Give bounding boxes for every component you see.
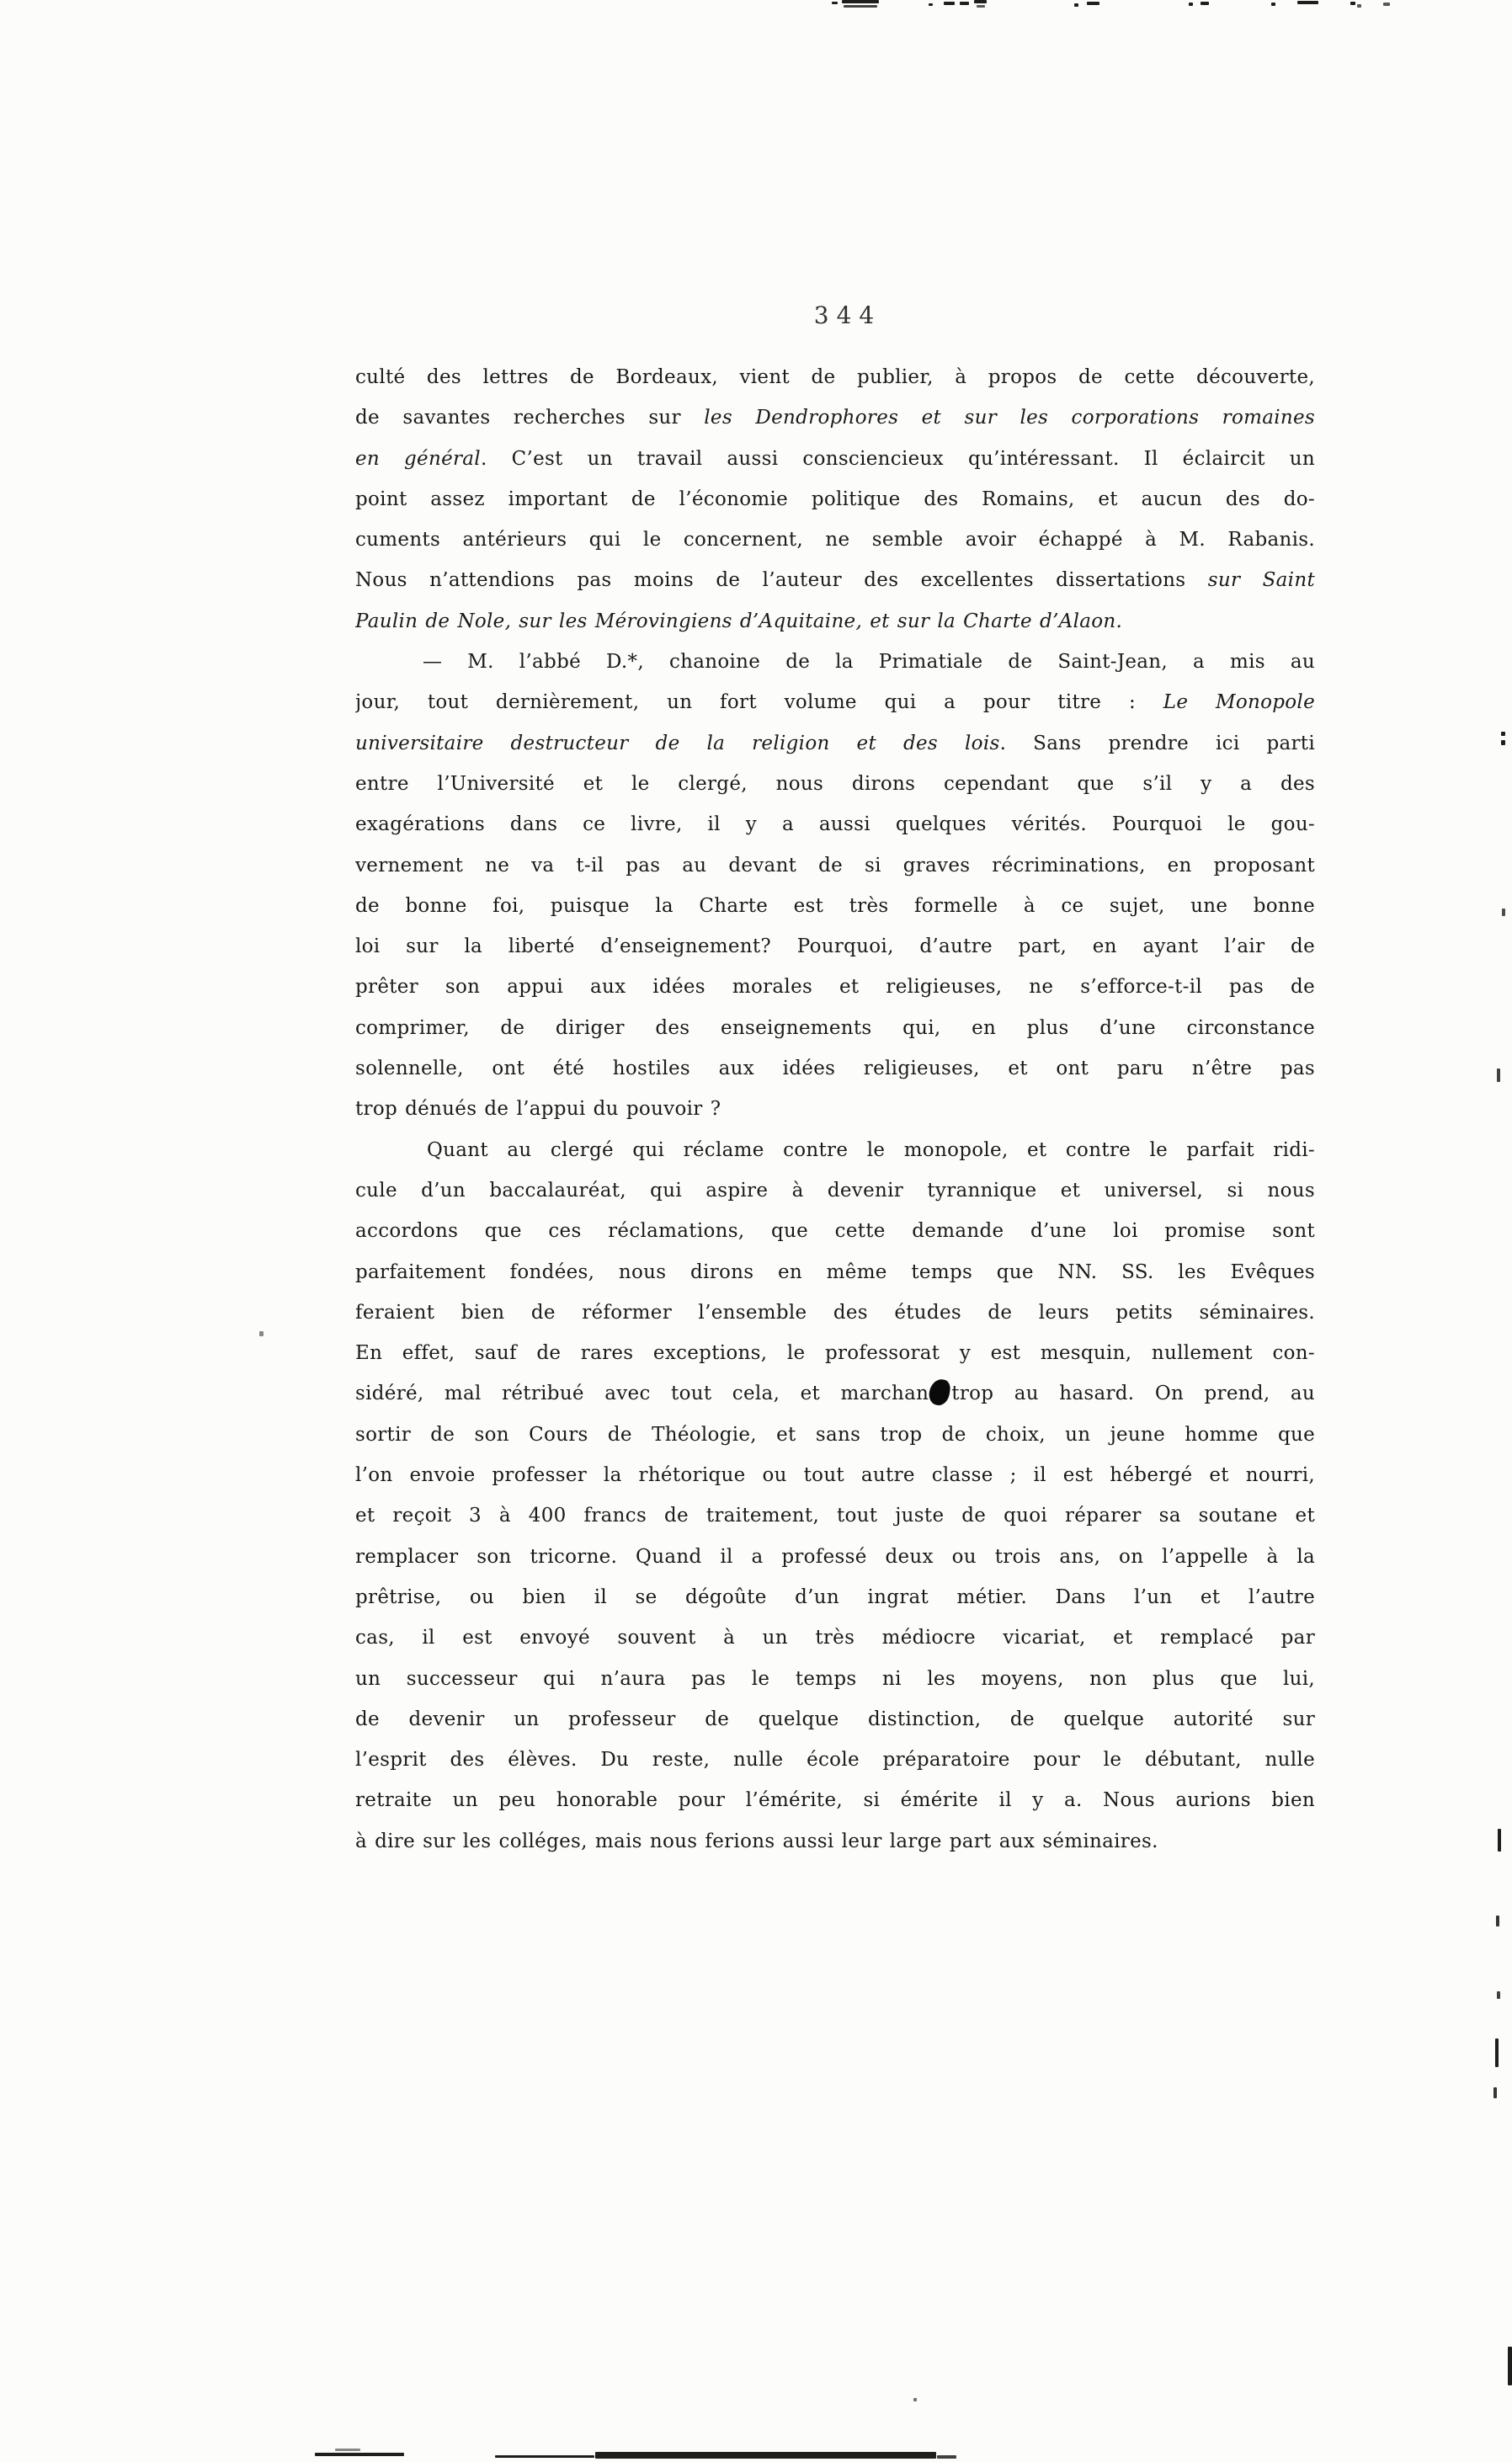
text-line: à dire sur les colléges, mais nous ferio…: [355, 1821, 1315, 1862]
text-line: et reçoit 3 à 400 francs de traitement, …: [355, 1495, 1315, 1536]
text-line: exagérations dans ce livre, il y a aussi…: [355, 804, 1315, 845]
text-line: un successeur qui n’aura pas le temps ni…: [355, 1659, 1315, 1699]
scanned-book-page: 344 culté des lettres de Bordeaux, vient…: [0, 0, 1512, 2462]
text-line: accordons que ces réclamations, que cett…: [355, 1211, 1315, 1251]
italic-text: Paulin de Nole, sur les Mérovingiens d’A…: [355, 610, 1122, 632]
text-segment: retraite un peu honorable pour l’émérite…: [355, 1789, 1315, 1811]
scan-mark: [844, 5, 877, 8]
scan-mark: [259, 1331, 264, 1336]
scan-mark: [913, 2398, 917, 2401]
text-line: remplacer son tricorne. Quand il a profe…: [355, 1537, 1315, 1577]
text-segment: trop au hasard. On prend, au: [951, 1383, 1315, 1404]
text-segment: point assez important de l’économie poli…: [355, 488, 1315, 510]
scan-mark: [1350, 2, 1355, 5]
text-segment: Quant au clergé qui réclame contre le mo…: [427, 1139, 1315, 1161]
scan-mark: [977, 5, 985, 8]
text-line: de bonne foi, puisque la Charte est très…: [355, 886, 1315, 926]
text-line: culté des lettres de Bordeaux, vient de …: [355, 357, 1315, 397]
text-segment: En effet, sauf de rares exceptions, le p…: [355, 1342, 1315, 1364]
scan-mark: [1502, 909, 1505, 916]
scan-mark: [595, 2452, 936, 2459]
scan-mark: [1497, 1991, 1500, 1999]
text-segment: comprimer, de diriger des enseignements …: [355, 1017, 1315, 1039]
text-segment: vernement ne va t-il pas au devant de si…: [355, 855, 1315, 877]
italic-text: universitaire destructeur de la religion…: [355, 733, 1000, 754]
scan-mark: [1087, 2, 1099, 5]
scan-mark: [1383, 3, 1390, 6]
scan-mark: [1357, 4, 1361, 8]
body-text: culté des lettres de Bordeaux, vient de …: [355, 357, 1315, 1862]
scan-mark: [1497, 1068, 1500, 1082]
text-segment: trop dénués de l’appui du pouvoir ?: [355, 1098, 721, 1120]
scan-mark: [832, 2, 838, 4]
text-line: universitaire destructeur de la religion…: [355, 723, 1315, 764]
text-segment: l’esprit des élèves. Du reste, nulle éco…: [355, 1749, 1315, 1771]
text-segment: culté des lettres de Bordeaux, vient de …: [355, 366, 1315, 388]
italic-text: sur Saint: [1208, 569, 1315, 591]
text-line: prêter son appui aux idées morales et re…: [355, 967, 1315, 1007]
italic-text: les Dendrophores et sur les corporations…: [704, 407, 1315, 429]
text-line: comprimer, de diriger des enseignements …: [355, 1008, 1315, 1048]
scan-mark: [1496, 1916, 1499, 1926]
text-segment: accordons que ces réclamations, que cett…: [355, 1220, 1315, 1242]
scan-mark: [1495, 2038, 1499, 2067]
text-segment: . Sans prendre ici parti: [1000, 733, 1315, 754]
text-segment: de devenir un professeur de quelque dist…: [355, 1708, 1315, 1730]
text-segment: de bonne foi, puisque la Charte est très…: [355, 895, 1315, 917]
text-line: cas, il est envoyé souvent à un très méd…: [355, 1617, 1315, 1658]
text-line: entre l’Université et le clergé, nous di…: [355, 764, 1315, 804]
text-line: point assez important de l’économie poli…: [355, 479, 1315, 520]
text-line: en général. C’est un travail aussi consc…: [355, 439, 1315, 479]
text-line: solennelle, ont été hostiles aux idées r…: [355, 1048, 1315, 1089]
text-line: Quant au clergé qui réclame contre le mo…: [355, 1130, 1315, 1170]
scan-mark: [944, 2, 955, 5]
scan-mark: [1189, 3, 1193, 6]
text-line: l’on envoie professer la rhétorique ou t…: [355, 1455, 1315, 1495]
scan-mark: [974, 0, 987, 3]
text-segment: entre l’Université et le clergé, nous di…: [355, 773, 1315, 795]
text-segment: un successeur qui n’aura pas le temps ni…: [355, 1668, 1315, 1690]
scan-mark: [1271, 3, 1275, 6]
scan-mark: [1501, 732, 1505, 736]
text-line: retraite un peu honorable pour l’émérite…: [355, 1780, 1315, 1820]
text-line: parfaitement fondées, nous dirons en mêm…: [355, 1252, 1315, 1292]
text-segment: prêter son appui aux idées morales et re…: [355, 976, 1315, 998]
text-segment: cule d’un baccalauréat, qui aspire à dev…: [355, 1180, 1315, 1202]
text-line: de savantes recherches sur les Dendropho…: [355, 397, 1315, 438]
scan-mark: [1201, 2, 1209, 5]
text-line: feraient bien de réformer l’ensemble des…: [355, 1292, 1315, 1333]
text-segment: sortir de son Cours de Théologie, et san…: [355, 1424, 1315, 1446]
text-segment: jour, tout dernièrement, un fort volume …: [355, 691, 1163, 713]
scan-mark: [937, 2455, 956, 2459]
text-segment: Nous n’attendions pas moins de l’auteur …: [355, 569, 1208, 591]
text-segment: cuments antérieurs qui le concernent, ne…: [355, 529, 1315, 551]
text-line: — M. l’abbé D.*, chanoine de la Primatia…: [355, 642, 1315, 682]
text-segment: . C’est un travail aussi consciencieux q…: [481, 448, 1315, 470]
text-line: jour, tout dernièrement, un fort volume …: [355, 682, 1315, 722]
scan-mark: [1508, 2347, 1512, 2385]
text-segment: parfaitement fondées, nous dirons en mêm…: [355, 1261, 1315, 1283]
text-line: sidéré, mal rétribué avec tout cela, et …: [355, 1373, 1315, 1414]
text-segment: exagérations dans ce livre, il y a aussi…: [355, 813, 1315, 835]
text-segment: remplacer son tricorne. Quand il a profe…: [355, 1546, 1315, 1568]
text-line: Nous n’attendions pas moins de l’auteur …: [355, 560, 1315, 600]
scan-mark: [1498, 1829, 1501, 1852]
text-segment: à dire sur les colléges, mais nous ferio…: [355, 1831, 1158, 1852]
text-line: l’esprit des élèves. Du reste, nulle éco…: [355, 1740, 1315, 1780]
text-line: prêtrise, ou bien il se dégoûte d’un ing…: [355, 1577, 1315, 1617]
text-segment: solennelle, ont été hostiles aux idées r…: [355, 1058, 1315, 1079]
scan-mark: [1501, 740, 1505, 745]
text-line: cuments antérieurs qui le concernent, ne…: [355, 520, 1315, 560]
scan-mark: [1493, 2087, 1497, 2098]
text-segment: prêtrise, ou bien il se dégoûte d’un ing…: [355, 1586, 1315, 1608]
text-line: trop dénués de l’appui du pouvoir ?: [355, 1089, 1315, 1129]
text-line: cule d’un baccalauréat, qui aspire à dev…: [355, 1170, 1315, 1211]
text-line: Paulin de Nole, sur les Mérovingiens d’A…: [355, 601, 1315, 642]
text-segment: cas, il est envoyé souvent à un très méd…: [355, 1627, 1315, 1649]
text-segment: de savantes recherches sur: [355, 407, 704, 429]
scan-mark: [842, 0, 879, 3]
scan-mark: [1074, 3, 1078, 7]
text-segment: loi sur la liberté d’enseignement? Pourq…: [355, 935, 1315, 957]
text-segment: et reçoit 3 à 400 francs de traitement, …: [355, 1505, 1315, 1527]
text-line: vernement ne va t-il pas au devant de si…: [355, 845, 1315, 886]
italic-text: Le Monopole: [1163, 691, 1315, 713]
text-segment: sidéré, mal rétribué avec tout cela, et …: [355, 1383, 929, 1404]
text-line: de devenir un professeur de quelque dist…: [355, 1699, 1315, 1740]
text-segment: feraient bien de réformer l’ensemble des…: [355, 1302, 1315, 1324]
italic-text: en général: [355, 448, 481, 470]
scan-mark: [929, 3, 933, 6]
scan-mark: [1297, 1, 1318, 4]
page-number: 344: [355, 301, 1315, 329]
scan-mark: [495, 2455, 594, 2458]
text-line: loi sur la liberté d’enseignement? Pourq…: [355, 926, 1315, 967]
text-line: En effet, sauf de rares exceptions, le p…: [355, 1333, 1315, 1373]
text-segment: — M. l’abbé D.*, chanoine de la Primatia…: [423, 651, 1315, 673]
scan-mark: [315, 2453, 404, 2456]
text-line: sortir de son Cours de Théologie, et san…: [355, 1415, 1315, 1455]
ink-blot: [928, 1378, 951, 1407]
scan-mark: [335, 2449, 360, 2451]
scan-mark: [960, 2, 969, 5]
text-segment: l’on envoie professer la rhétorique ou t…: [355, 1464, 1315, 1486]
